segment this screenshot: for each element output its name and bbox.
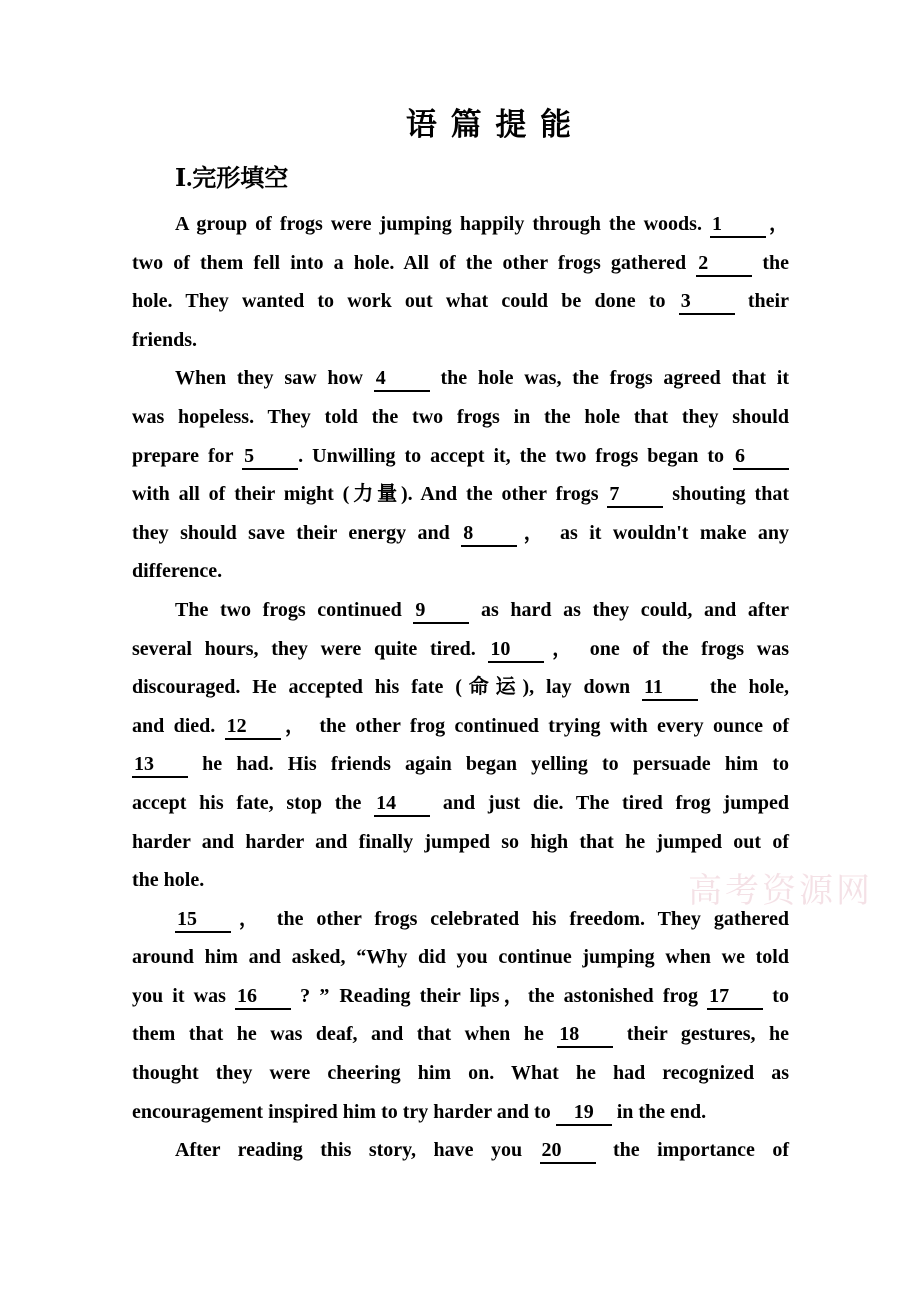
passage-line: with all of their might (力量). And the ot… (132, 475, 789, 514)
passage-line: accept his fate, stop the 14 and just di… (132, 784, 789, 823)
passage-line: encouragement inspired him to try harder… (132, 1093, 789, 1132)
cloze-blank-8: 8 (461, 521, 517, 547)
passage-line: difference. (132, 552, 789, 591)
passage-line: two of them fell into a hole. All of the… (132, 244, 789, 283)
passage-line: thought they were cheering him on. What … (132, 1054, 789, 1093)
passage-line: them that he was deaf, and that when he … (132, 1015, 789, 1054)
page-title: 语 篇 提 能 (0, 0, 920, 142)
passage-paragraph-4: 15， the other frogs celebrated his freed… (132, 900, 789, 1132)
passage-line: A group of frogs were jumping happily th… (132, 205, 789, 244)
passage-line: hole. They wanted to work out what could… (132, 282, 789, 321)
cloze-blank-19: 19 (556, 1100, 612, 1126)
passage-line: prepare for 5. Unwilling to accept it, t… (132, 437, 789, 476)
cloze-blank-17: 17 (707, 984, 763, 1010)
passage-paragraph-2: When they saw how 4 the hole was, the fr… (132, 359, 789, 591)
cloze-blank-11: 11 (642, 675, 698, 701)
cloze-blank-13: 13 (132, 752, 188, 778)
passage-line: 13 he had. His friends again began yelli… (132, 745, 789, 784)
cloze-blank-2: 2 (696, 251, 752, 277)
passage-line: 15， the other frogs celebrated his freed… (132, 900, 789, 939)
cloze-blank-16: 16 (235, 984, 291, 1010)
cloze-blank-3: 3 (679, 289, 735, 315)
passage-line: When they saw how 4 the hole was, the fr… (132, 359, 789, 398)
passage-line: friends. (132, 321, 789, 360)
passage-line: several hours, they were quite tired. 10… (132, 630, 789, 669)
passage-paragraph-3: The two frogs continued 9 as hard as the… (132, 591, 789, 900)
cloze-blank-20: 20 (540, 1138, 596, 1164)
passage-line: the hole. (132, 861, 789, 900)
passage-line: you it was 16 ? ” Reading their lips，the… (132, 977, 789, 1016)
cloze-blank-18: 18 (557, 1022, 613, 1048)
passage-line: discouraged. He accepted his fate (命运), … (132, 668, 789, 707)
passage-line: The two frogs continued 9 as hard as the… (132, 591, 789, 630)
cloze-blank-7: 7 (607, 482, 663, 508)
cloze-blank-14: 14 (374, 791, 430, 817)
passage-line: was hopeless. They told the two frogs in… (132, 398, 789, 437)
passage-line: After reading this story, have you 20 th… (132, 1131, 789, 1170)
cloze-blank-12: 12 (225, 714, 281, 740)
document-page: 语 篇 提 能 Ⅰ.完形填空 A group of frogs were jum… (0, 0, 920, 1302)
passage-line: harder and harder and finally jumped so … (132, 823, 789, 862)
cloze-blank-15: 15 (175, 907, 231, 933)
passage: A group of frogs were jumping happily th… (132, 205, 789, 1170)
section-heading: Ⅰ.完形填空 (175, 166, 920, 192)
passage-paragraph-5: After reading this story, have you 20 th… (132, 1131, 789, 1170)
cloze-blank-9: 9 (413, 598, 469, 624)
cloze-blank-5: 5 (242, 444, 298, 470)
cloze-blank-6: 6 (733, 444, 789, 470)
passage-line: and died. 12， the other frog continued t… (132, 707, 789, 746)
cloze-blank-10: 10 (488, 637, 544, 663)
cloze-blank-1: 1 (710, 212, 766, 238)
passage-paragraph-1: A group of frogs were jumping happily th… (132, 205, 789, 359)
cloze-blank-4: 4 (374, 366, 430, 392)
passage-line: around him and asked, “Why did you conti… (132, 938, 789, 977)
passage-line: they should save their energy and 8， as … (132, 514, 789, 553)
